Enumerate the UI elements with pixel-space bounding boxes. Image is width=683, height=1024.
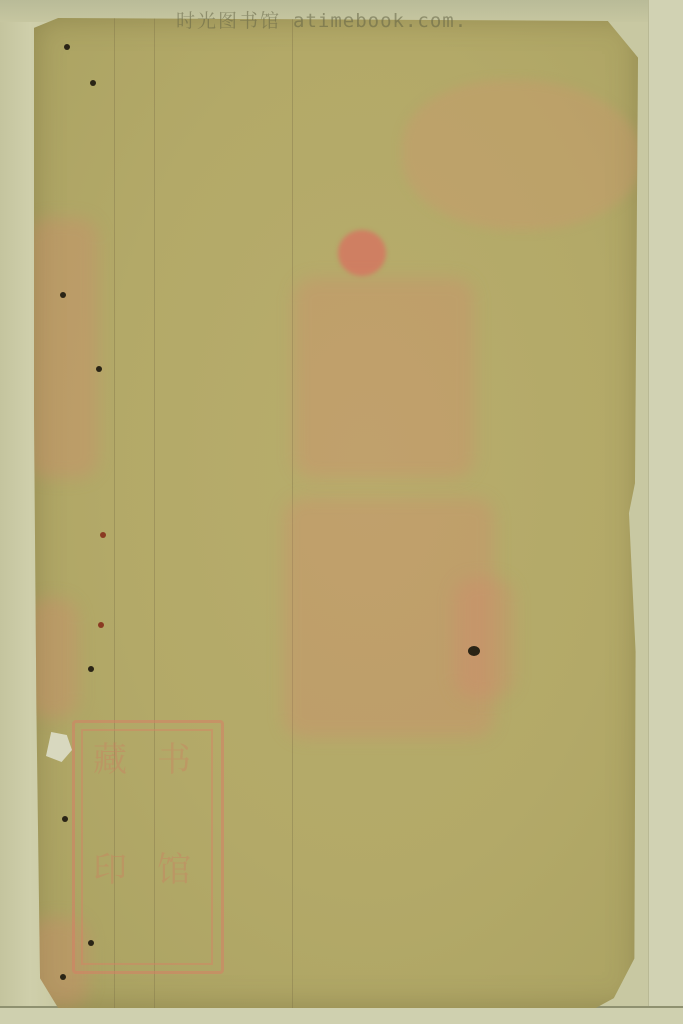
water-stain	[402, 80, 642, 230]
binding-hole	[98, 622, 104, 628]
scan-bottom-edge	[0, 1006, 683, 1024]
red-stain-spot	[338, 230, 386, 276]
title-bleed-stain	[294, 278, 474, 478]
binding-hole	[62, 816, 68, 822]
edge-stain	[28, 218, 98, 478]
watermark-site-name: 时光图书馆	[176, 10, 281, 32]
seal-character: 书	[157, 743, 191, 777]
scan-right-margin	[648, 0, 683, 1024]
seal-character: 印	[93, 853, 127, 887]
binding-hole	[90, 80, 96, 86]
seal-character: 藏	[93, 743, 127, 777]
binding-hole	[64, 44, 70, 50]
wormhole	[468, 646, 480, 656]
title-bleed-stain	[454, 578, 514, 698]
watermark: 时光图书馆atimebook.com.	[176, 6, 467, 33]
watermark-url: atimebook.com.	[293, 10, 467, 32]
seal-character: 馆	[157, 853, 191, 887]
binding-hole	[88, 666, 94, 672]
binding-hole	[100, 532, 106, 538]
binding-hole	[96, 366, 102, 372]
library-seal: 书 馆 藏 印	[72, 720, 224, 974]
binding-hole	[60, 974, 66, 980]
binding-hole	[60, 292, 66, 298]
